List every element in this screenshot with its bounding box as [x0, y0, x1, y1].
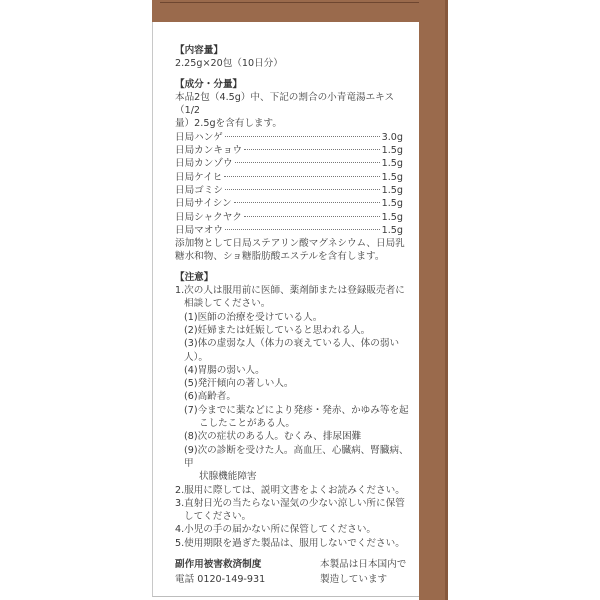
ingredient-name: 日局マオウ — [175, 224, 223, 237]
leader-dots — [244, 149, 379, 150]
ingredient-amount: 1.5g — [382, 184, 403, 197]
package-top-flap — [152, 0, 448, 23]
caution-item-2: 2.服用に際しては、説明文書をよくお読みください。 — [175, 484, 415, 497]
ingredient-row: 日局ケイヒ 1.5g — [175, 171, 403, 184]
caution-item-1-cont: 相談してください。 — [175, 297, 415, 310]
caution-sub-9: (9)次の診断を受けた人。高血圧、心臓病、腎臓病、甲 — [175, 444, 415, 471]
ingredient-name: 日局ゴミシ — [175, 184, 223, 197]
ingredient-amount: 1.5g — [382, 197, 403, 210]
leader-dots — [244, 216, 380, 217]
ingredient-amount: 3.0g — [382, 131, 403, 144]
caution-sub-3: (3)体の虚弱な人（体力の衰えている人、体の弱い人）。 — [175, 337, 415, 364]
caution-heading: 【注意】 — [175, 271, 415, 284]
caution-sub-9-cont: 状腺機能障害 — [175, 470, 415, 483]
caution-sub-2: (2)妊婦または妊娠していると思われる人。 — [175, 324, 415, 337]
ingredient-name: 日局ハンゲ — [175, 131, 223, 144]
ingredients-heading: 【成分・分量】 — [175, 78, 415, 91]
leader-dots — [234, 202, 380, 203]
ingredient-row: 日局カンゾウ 1.5g — [175, 157, 403, 170]
relief-system-phone: 電話 0120-149-931 — [175, 572, 265, 587]
ingredient-amount: 1.5g — [382, 144, 403, 157]
leader-dots — [235, 162, 380, 163]
caution-sub-5: (5)発汗傾向の著しい人。 — [175, 377, 415, 390]
ingredient-amount: 1.5g — [382, 224, 403, 237]
ingredient-name: 日局サイシン — [175, 197, 232, 210]
label-content: 【内容量】 2.25g×20包（10日分） 【成分・分量】 本品2包（4.5g）… — [175, 44, 415, 550]
ingredient-name: 日局カンキョウ — [175, 144, 242, 157]
contents-value: 2.25g×20包（10日分） — [175, 57, 415, 70]
ingredient-row: 日局サイシン 1.5g — [175, 197, 403, 210]
ingredient-amount: 1.5g — [382, 211, 403, 224]
made-in-japan-note: 本製品は日本国内で 製造しています — [320, 557, 406, 587]
leader-dots — [224, 176, 379, 177]
leader-dots — [225, 189, 380, 190]
ingredient-name: 日局ケイヒ — [175, 171, 222, 184]
caution-sub-1: (1)医師の治療を受けている人。 — [175, 311, 415, 324]
ingredient-row: 日局シャクヤク 1.5g — [175, 211, 403, 224]
caution-sub-6: (6)高齢者。 — [175, 390, 415, 403]
caution-sub-7-cont: こしたことがある人。 — [175, 417, 415, 430]
ingredient-amount: 1.5g — [382, 171, 403, 184]
caution-item-4: 4.小児の手の届かない所に保管してください。 — [175, 523, 415, 536]
ingredient-name: 日局シャクヤク — [175, 211, 242, 224]
caution-item-3: 3.直射日光の当たらない湿気の少ない涼しい所に保管 — [175, 497, 415, 510]
contents-heading: 【内容量】 — [175, 44, 415, 57]
package-side-edge — [445, 0, 448, 600]
package-side-panel — [419, 0, 445, 600]
caution-item-5: 5.使用期限を過ぎた製品は、服用しないでください。 — [175, 537, 415, 550]
ingredient-amount: 1.5g — [382, 157, 403, 170]
package-top-edge — [160, 0, 445, 3]
ingredient-row: 日局マオウ 1.5g — [175, 224, 403, 237]
ingredient-row: 日局ゴミシ 1.5g — [175, 184, 403, 197]
caution-item-1: 1.次の人は服用前に医師、薬剤師または登録販売者に — [175, 284, 415, 297]
caution-sub-7: (7)今までに薬などにより発疹・発赤、かゆみ等を起 — [175, 404, 415, 417]
ingredient-row: 日局ハンゲ 3.0g — [175, 131, 403, 144]
caution-sub-8: (8)次の症状のある人。むくみ、排尿困難 — [175, 430, 415, 443]
caution-item-3-cont: してください。 — [175, 510, 415, 523]
relief-system-info: 副作用被害救済制度 電話 0120-149-931 — [175, 557, 265, 587]
ingredient-name: 日局カンゾウ — [175, 157, 233, 170]
ingredients-intro-cont: 量）2.5gを含有します。 — [175, 117, 415, 130]
caution-sub-4: (4)胃腸の弱い人。 — [175, 364, 415, 377]
additives-text-cont: 糖水和物、ショ糖脂肪酸エステルを含有します。 — [175, 250, 415, 263]
leader-dots — [225, 229, 380, 230]
additives-text: 添加物として日局ステアリン酸マグネシウム、日局乳 — [175, 237, 415, 250]
made-in-line-2: 製造しています — [320, 572, 406, 587]
leader-dots — [225, 136, 380, 137]
ingredient-list: 日局ハンゲ 3.0g 日局カンキョウ 1.5g 日局カンゾウ 1.5g 日局ケイ… — [175, 131, 415, 237]
made-in-line-1: 本製品は日本国内で — [320, 557, 406, 572]
relief-system-title: 副作用被害救済制度 — [175, 557, 265, 572]
ingredients-intro: 本品2包（4.5g）中、下記の割合の小青竜湯エキス（1/2 — [175, 91, 415, 118]
ingredient-row: 日局カンキョウ 1.5g — [175, 144, 403, 157]
